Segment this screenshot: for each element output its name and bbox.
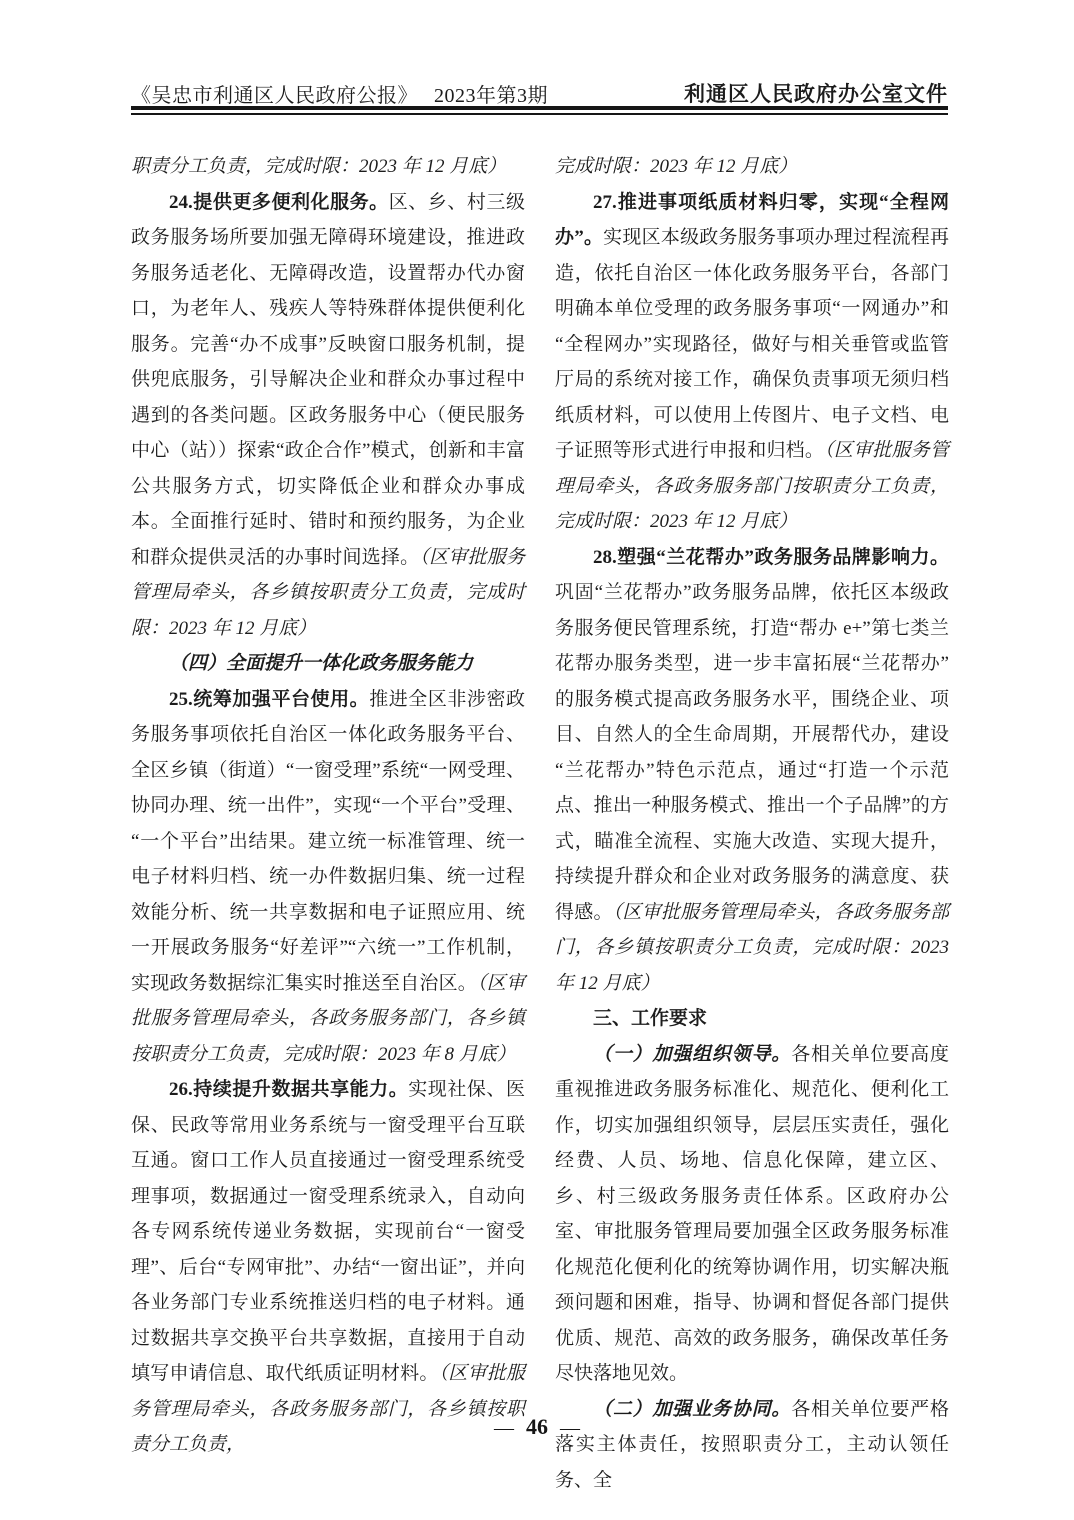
text-run: 三、工作要求 bbox=[593, 1008, 707, 1029]
page-footer: —46— bbox=[0, 1414, 1074, 1440]
page-number: 46 bbox=[526, 1414, 548, 1439]
text-run: 26.持续提升数据共享能力。 bbox=[169, 1079, 408, 1100]
numbered-item-25: 25.统筹加强平台使用。推进全区非涉密政务服务事项依托自治区一体化政务服务平台、… bbox=[131, 682, 525, 1073]
section-heading: （四）全面提升一体化政务服务能力 bbox=[131, 646, 525, 682]
footer-dash-left: — bbox=[494, 1417, 514, 1439]
lettered-item-1: （一）加强组织领导。各相关单位要高度重视推进政务服务标准化、规范化、便利化工作，… bbox=[555, 1037, 949, 1392]
left-column: 职责分工负责，完成时限：2023 年 12 月底）24.提供更多便利化服务。区、… bbox=[131, 149, 525, 1498]
numbered-item-28: 28.塑强“兰花帮办”政务服务品牌影响力。巩固“兰花帮办”政务服务品牌，依托区本… bbox=[555, 540, 949, 1002]
right-column: 完成时限：2023 年 12 月底）27.推进事项纸质材料归零，实现“全程网办”… bbox=[555, 149, 949, 1498]
paragraph-continuation: 职责分工负责，完成时限：2023 年 12 月底） bbox=[131, 149, 525, 185]
text-run: 各相关单位要高度重视推进政务服务标准化、规范化、便利化工作，切实加强组织领导，层… bbox=[555, 1044, 949, 1385]
text-run: 24.提供更多便利化服务。 bbox=[169, 192, 389, 213]
text-run: 实现区本级政务服务事项办理过程流程再造，依托自治区一体化政务服务平台，各部门明确… bbox=[555, 227, 949, 461]
text-run: 职责分工负责，完成时限：2023 年 12 月底） bbox=[131, 156, 506, 177]
text-run: 28.塑强“兰花帮办”政务服务品牌影响力。 bbox=[593, 547, 949, 568]
document-type-label: 利通区人民政府办公室文件 bbox=[684, 78, 948, 108]
text-run: （四）全面提升一体化政务服务能力 bbox=[169, 653, 473, 674]
gazette-issue: 2023年第3期 bbox=[434, 85, 548, 107]
page-header: 《吴忠市利通区人民政府公报》2023年第3期 利通区人民政府办公室文件 bbox=[131, 78, 948, 108]
text-run: （一）加强组织领导。 bbox=[593, 1044, 791, 1065]
document-body: 职责分工负责，完成时限：2023 年 12 月底）24.提供更多便利化服务。区、… bbox=[131, 149, 949, 1498]
text-run: （区审批服务管理局牵头，各政务服务部门，各乡镇按职责分工负责，完成时限：2023… bbox=[555, 902, 949, 994]
numbered-item-24: 24.提供更多便利化服务。区、乡、村三级政务服务场所要加强无障碍环境建设，推进政… bbox=[131, 185, 525, 647]
header-divider bbox=[131, 106, 948, 115]
document-page: 《吴忠市利通区人民政府公报》2023年第3期 利通区人民政府办公室文件 职责分工… bbox=[0, 0, 1074, 1520]
text-run: 推进全区非涉密政务服务事项依托自治区一体化政务服务平台、全区乡镇（街道）“一窗受… bbox=[131, 689, 525, 994]
paragraph-continuation: 完成时限：2023 年 12 月底） bbox=[555, 149, 949, 185]
numbered-item-26: 26.持续提升数据共享能力。实现社保、医保、民政等常用业务系统与一窗受理平台互联… bbox=[131, 1072, 525, 1463]
section-heading: 三、工作要求 bbox=[555, 1001, 949, 1037]
text-run: 完成时限：2023 年 12 月底） bbox=[555, 156, 797, 177]
text-run: 区、乡、村三级政务服务场所要加强无障碍环境建设，推进政务服务适老化、无障碍改造，… bbox=[131, 192, 525, 568]
text-run: 实现社保、医保、民政等常用业务系统与一窗受理平台互联互通。窗口工作人员直接通过一… bbox=[131, 1079, 525, 1384]
gazette-title: 《吴忠市利通区人民政府公报》2023年第3期 bbox=[131, 79, 548, 108]
text-run: 25.统筹加强平台使用。 bbox=[169, 689, 369, 710]
lettered-item-2: （二）加强业务协同。各相关单位要严格落实主体责任，按照职责分工，主动认领任务、全 bbox=[555, 1392, 949, 1499]
footer-dash-right: — bbox=[560, 1417, 580, 1439]
numbered-item-27: 27.推进事项纸质材料归零，实现“全程网办”。实现区本级政务服务事项办理过程流程… bbox=[555, 185, 949, 540]
text-run: 巩固“兰花帮办”政务服务品牌，依托区本级政务服务便民管理系统，打造“帮办 e+”… bbox=[555, 582, 949, 923]
gazette-name: 《吴忠市利通区人民政府公报》 bbox=[131, 85, 418, 107]
